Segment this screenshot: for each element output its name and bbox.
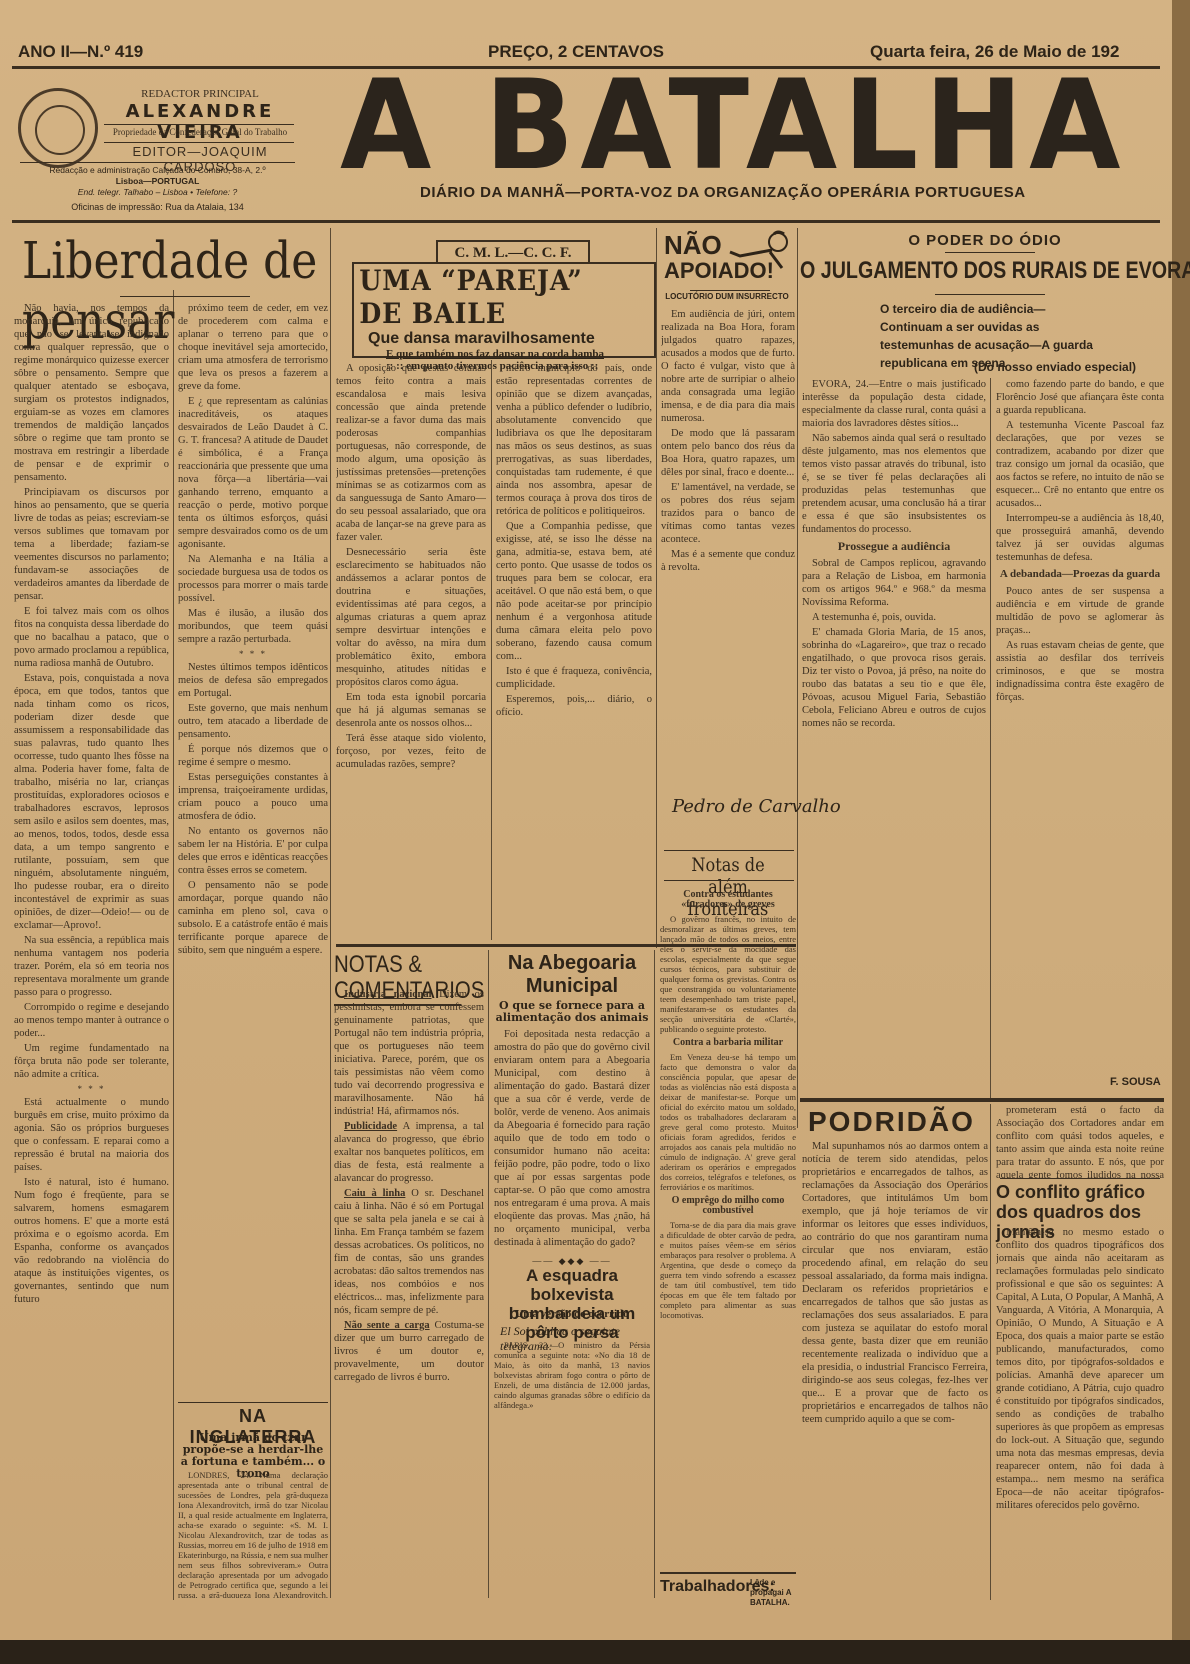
paragraph: E foi talvez mais com os olhos fitos na … [14,605,169,670]
nao-apoiado-subhead: LOCUTÓRIO DUM INSURRECTO [660,292,794,301]
section-label: Publicidade [344,1121,397,1132]
paragraph: De modo que lá passaram ontem pelo banco… [661,427,795,479]
redactor-label: REDACTOR PRINCIPAL [100,88,300,100]
divider [690,290,770,291]
paragraph: Isto é natural, isto é humano. Num fogo … [14,1176,169,1306]
column-rule [330,228,331,1598]
section-heading: A debandada—Proezas da guarda [996,568,1164,581]
paragraph: Em audiência de júri, ontem realizada na… [661,308,795,425]
divider [20,162,295,163]
pareja-col1: A oposição que nestas colunas temos feit… [336,362,486,940]
paragraph: Foi depositada nesta redacção a amostra … [494,1028,650,1249]
trabalhadores-text: Lêde e propagai A BATALHA. [750,1578,798,1608]
julgamento-signature: F. SOUSA [1110,1076,1161,1088]
paragraph: como fazendo parte do bando, e que Florê… [996,378,1164,417]
paragraph: Mas é ilusão, a ilusão dos moribundos, q… [178,607,328,646]
julgamento-col1: EVORA, 24.—Entre o mais justificado inte… [802,378,986,1100]
paragraph: Dizem os pessimistas, embora se confesse… [334,989,484,1117]
paragraph: Estas perseguições constantes à imprensa… [178,771,328,823]
column-rule [488,950,489,1598]
podridao-col2: prometeram está o facto da Associação do… [996,1104,1164,1178]
paragraph: Em toda esta ignobil porcaria que há já … [336,691,486,730]
pareja-col2: meiro município do país, onde estão repr… [496,362,652,940]
section-label: Indústria nacional [344,989,432,1000]
paragraph: Nestes últimos tempos idênticos meios de… [178,661,328,700]
divider [664,850,794,851]
paragraph: Isto é que é fraqueza, conivência, cumpl… [496,665,652,691]
section-label: Caiu à linha [344,1188,405,1199]
abegoaria-headline: Na Abegoaria Municipal [492,952,652,998]
abegoaria-body: Foi depositada nesta redacção a amostra … [494,1028,650,1256]
orator-caricature-icon [720,228,800,270]
pareja-headline: UMA “PAREJA” DE BAILE [354,264,624,330]
paragraph: O pensamento não se pode amordaçar, porq… [178,879,328,957]
abegoaria-subhead: O que se fornece para a alimentação dos … [492,1000,652,1024]
page-edge [1172,0,1190,1664]
conflito-body: Mantêm-se no mesmo estado o conflito dos… [996,1226,1164,1600]
page-bottom-edge [0,1640,1190,1664]
paragraph: meiro município do país, onde estão repr… [496,362,652,518]
paragraph: próximo teem de ceder, em vez de procede… [178,302,328,393]
divider [1000,1178,1160,1179]
cgt-seal-icon [18,88,98,168]
paragraph: Um regime fundamentado na fôrça bruta nã… [14,1042,169,1081]
divider [664,880,794,881]
property-line: Propriedade da Confederação Geral do Tra… [100,127,300,137]
masthead-bottom-rule [12,220,1160,223]
paragraph: No entanto os governos não sabem ler na … [178,825,328,877]
column-rule [173,290,174,1600]
podridao-col1: Mal supunhamos nós ao darmos ontem a not… [802,1140,988,1600]
paragraph: Em Veneza deu-se há tempo um facto que d… [660,1052,796,1192]
divider [104,142,294,143]
section-heading: O emprêgo do milho como combustível [660,1196,796,1216]
workshop-line: Oficinas de impressão: Rua da Atalaia, 1… [20,202,295,212]
paragraph: A testemunha Vicente Pascoal faz declara… [996,419,1164,510]
divider [178,1402,328,1403]
paragraph: Interrompeu-se a audiência às 18,40, que… [996,512,1164,564]
ornament: * * * [178,648,328,661]
divider [800,1098,1164,1102]
pareja-deck2: E que também nos faz dansar na corda bam… [354,348,654,360]
city-line: Lisboa—PORTUGAL [20,176,295,186]
nao-apoiado-line1: NÃO [664,232,722,258]
julgamento-headline: O JULGAMENTO DOS RURAIS DE EVORA [800,254,1103,288]
nao-apoiado-body: Em audiência de júri, ontem realizada na… [661,308,795,788]
newspaper-subtitle: DIÁRIO DA MANHÃ—PORTA-VOZ DA ORGANIZAÇÃO… [420,184,1026,201]
paragraph: Mal supunhamos nós ao darmos ontem a not… [802,1140,988,1426]
column-rule [491,360,492,940]
paragraph: Mas é a semente que conduz à revolta. [661,548,795,574]
divider [935,294,1045,295]
julgamento-col2: como fazendo parte do bando, e que Florê… [996,378,1164,1078]
section-heading: Contra os estudantes «furadores» de grev… [660,890,796,910]
paragraph: Está actualmente o mundo burguês em cris… [14,1096,169,1174]
paragraph: O govêrno francês, no intuito de desmora… [660,914,796,1034]
esquadra-subhead: Uma versão do ocorrido [494,1308,650,1320]
paragraph: Terá êsse ataque sido violento, forçoso,… [336,732,486,771]
telegraph-line: End. telegr. Talhabo – Lisboa • Telefone… [20,187,295,197]
paragraph: prometeram está o facto da Associação do… [996,1104,1164,1178]
column-rule [654,950,655,1598]
paragraph: A testemunha é, pois, ouvida. [802,611,986,624]
address-line: Redacção e administração Calçada do Comb… [20,165,295,175]
pareja-kicker: C. M. L.—C. C. F. [436,240,590,264]
paragraph: Sobral de Campos replicou, agravando par… [802,557,986,609]
newspaper-title: A BATALHA [340,57,1170,194]
paragraph: PARIS, 23.—O ministro da Pérsia comunica… [494,1340,650,1410]
ornament: * * * [14,1083,169,1096]
paragraph: As ruas estavam cheias de gente, que ass… [996,639,1164,704]
paragraph: EVORA, 24.—Entre o mais justificado inte… [802,378,986,430]
section-heading: Contra a barbaria militar [660,1038,796,1048]
paragraph: Na Alemanha e na Itália a sociedade burg… [178,553,328,605]
divider [120,296,250,297]
esquadra-body: PARIS, 23.—O ministro da Pérsia comunica… [494,1340,650,1598]
paragraph: Desnecessário seria êste esclarecimento … [336,546,486,689]
paragraph: Torna-se de dia para dia mais grave a di… [660,1220,796,1320]
paragraph: Mantêm-se no mesmo estado o conflito dos… [996,1226,1164,1512]
column-rule [656,228,657,948]
pareja-header-box: UMA “PAREJA” DE BAILE Que dansa maravilh… [352,262,656,358]
section-heading: Prossegue a audiência [802,540,986,553]
paragraph: Este governo, que mais nenhum outro, tem… [178,702,328,741]
paragraph: Corrompido o regime e desejando ao menos… [14,1001,169,1040]
julgamento-kicker: O PODER DO ÓDIO [800,232,1170,249]
inglaterra-body: LONDRES, 24.—Numa declaração apresentada… [178,1470,328,1598]
paragraph: Não havia, nos tempos da monarquia, um ú… [14,302,169,484]
column-rule [797,228,798,1128]
paragraph: Que a Companhia pedisse, que exigisse, a… [496,520,652,663]
paragraph: A oposição que nestas colunas temos feit… [336,362,486,544]
section-label: Não sente a carga [344,1320,430,1331]
julgamento-byline: (Do nosso enviado especial) [974,360,1136,374]
paragraph: Na sua essência, a república mais nenhum… [14,934,169,999]
liberdade-col2: próximo teem de ceder, em vez de procede… [178,302,328,1392]
paragraph: LONDRES, 24.—Numa declaração apresentada… [178,1470,328,1598]
column-rule [990,1104,991,1600]
paragraph: E' lamentável, na verdade, se os pobres … [661,481,795,546]
divider [660,1572,796,1574]
paragraph: Pouco antes de ser suspensa a audiência … [996,585,1164,637]
paragraph: E ¿ que representam as calúnias inacredi… [178,395,328,551]
paragraph: O sr. Deschanel caiu à linha. Não é só e… [334,1188,484,1316]
podridao-headline: PODRIDÃO [808,1106,975,1138]
pareja-deck1: Que dansa maravilhosamente [354,330,654,348]
column-rule [990,378,991,1100]
liberdade-col1: Não havia, nos tempos da monarquia, um ú… [14,302,169,1598]
divider [104,124,294,125]
notas-comentarios-body: Indústria nacional Dizem os pessimistas,… [334,988,484,1598]
paragraph: E' chamada Gloria Maria, de 15 anos, sob… [802,626,986,730]
divider [945,252,1035,253]
notas-alem-body: Contra os estudantes «furadores» de grev… [660,886,796,1598]
paragraph: Estava, pois, conquistada a nova época, … [14,672,169,932]
paragraph: Não sabemos ainda qual será o resultado … [802,432,986,536]
paragraph: Principiavam os discursos por hinos ao p… [14,486,169,603]
paragraph: É porque nós dizemos que o regime é semp… [178,743,328,769]
issue-number: ANO II—N.º 419 [18,42,143,62]
paragraph: Esperemos, pois,... diário, o ofício. [496,693,652,719]
